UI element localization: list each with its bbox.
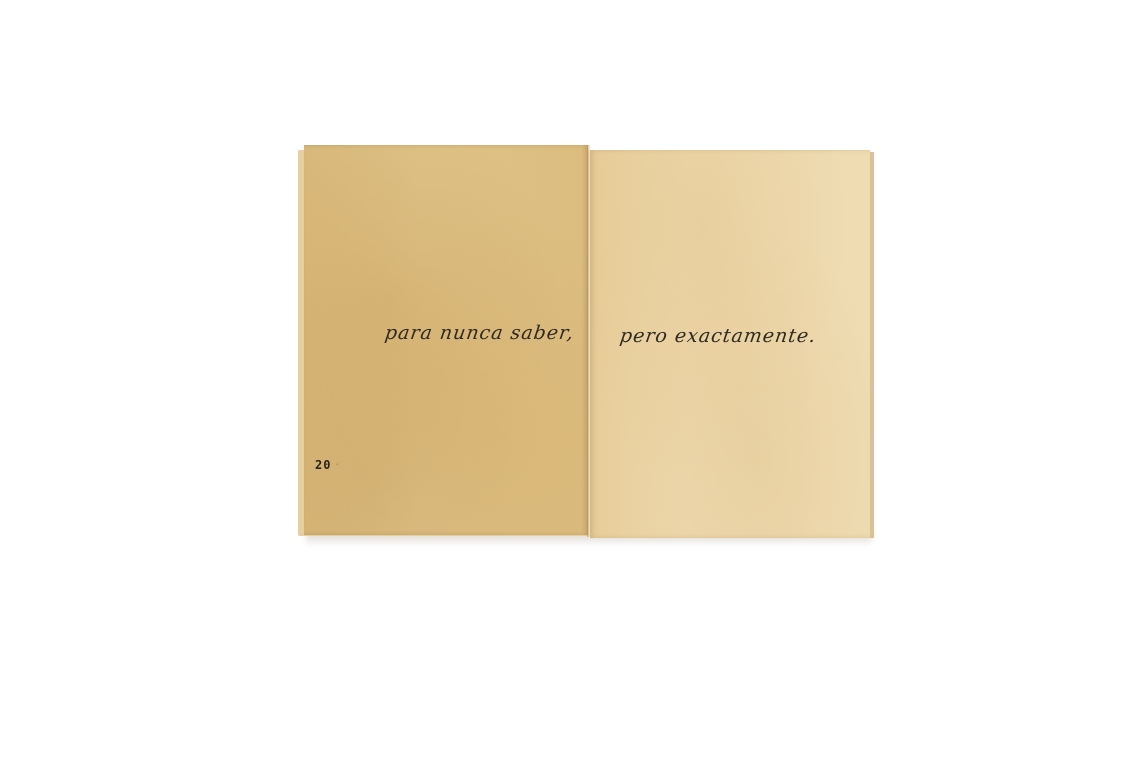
book-gutter <box>587 145 590 537</box>
right-page-handwriting: pero exactamente. <box>618 325 817 347</box>
left-page-handwriting: para nunca saber, <box>383 322 575 344</box>
page-number: 20 <box>315 458 331 472</box>
open-book: para nunca saber, pero exactamente. 20 ▵ <box>0 0 1134 757</box>
printer-imprint-mark: ▵ <box>336 462 358 472</box>
